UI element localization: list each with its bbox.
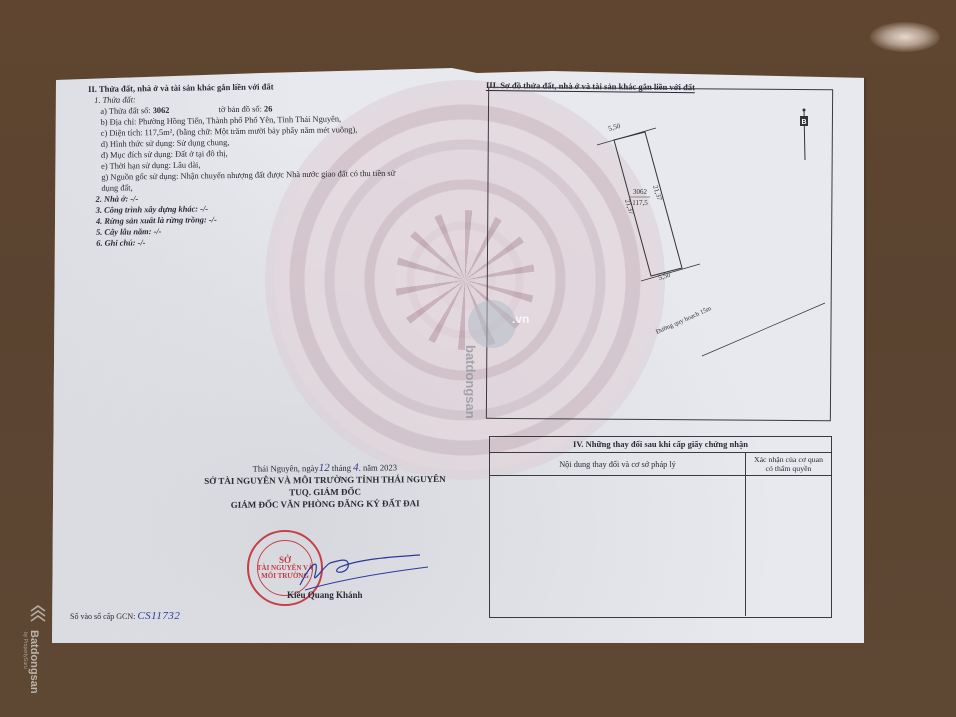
col-confirmation-header: Xác nhận của cơ quan có thẩm quyền [746, 453, 831, 475]
changes-table: IV. Những thay đổi sau khi cấp giấy chứn… [489, 436, 832, 618]
watermark-suffix: .vn [512, 312, 529, 326]
svg-text:5,50: 5,50 [607, 122, 621, 133]
svg-text:Đường quy hoạch 15m: Đường quy hoạch 15m [655, 305, 713, 336]
section-land-info: II. Thửa đất, nhà ở và tài sản khác gắn … [88, 80, 396, 249]
svg-text:B: B [801, 119, 806, 126]
confirmation-cell [746, 476, 831, 616]
batdongsan-brand: Batdongsan [28, 630, 40, 694]
signature-block: Thái Nguyên, ngày12 tháng 4. năm 2023 SỞ… [175, 461, 475, 512]
svg-text:3062: 3062 [633, 188, 648, 196]
blurred-region [870, 22, 940, 52]
svg-text:21,37: 21,37 [651, 184, 664, 202]
plot-diagram: B 5,50 5,50 21,37 21,37 3062 117,5 Đường… [487, 88, 832, 423]
certificate-register: Số vào sổ cấp GCN: CS11732 [70, 610, 180, 622]
watermark-center-text: batdongsan [463, 345, 478, 419]
signature [280, 545, 430, 595]
svg-text:117,5: 117,5 [632, 199, 648, 207]
register-number: CS11732 [137, 610, 180, 622]
signer-name: Kiều Quang Khánh [287, 590, 363, 600]
watermark-logo [468, 300, 516, 348]
north-arrow-dot [803, 109, 806, 112]
plot-number: 3062 [153, 106, 170, 115]
col-changes-header: Nội dung thay đổi và cơ sở pháp lý [490, 453, 746, 475]
map-sheet-number: 26 [264, 104, 272, 113]
batdongsan-logo-icon [28, 605, 48, 623]
batdongsan-tagline: by PropertyGuru [22, 632, 28, 669]
changes-cell [490, 476, 746, 616]
section4-title: IV. Những thay đổi sau khi cấp giấy chứn… [490, 437, 831, 453]
